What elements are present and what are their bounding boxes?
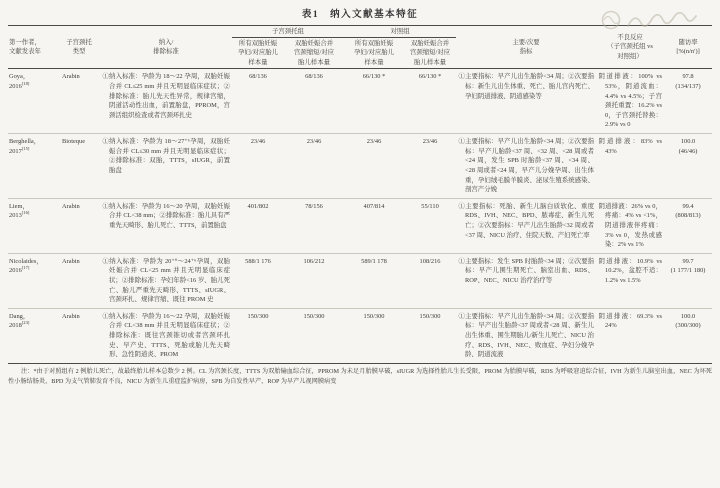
followup-cell: 100.0(300/300): [664, 308, 712, 363]
criteria-cell: ①纳入标准：孕龄为 20⁺⁰～24⁺⁶孕周，双胎妊娠合并 CL<25 mm 并且…: [100, 253, 232, 308]
pessary-all-cell: 68/136: [232, 69, 284, 134]
table-row: Berghella， 2017[15] Bioteque ①纳入标准：孕龄为 1…: [8, 134, 712, 199]
control-short-cell: 66/130 *: [404, 69, 456, 134]
header-control-short: 双胎妊娠合并 宫颈缩短/对应 胎儿样本量: [404, 37, 456, 69]
followup-percent: 100.0: [681, 138, 695, 145]
included-studies-table: 第一作者， 文献发表年 子宫颈托 类型 纳入/ 排除标准 子宫颈托组 对照组 主…: [8, 25, 712, 364]
followup-count: (300/300): [666, 321, 710, 331]
outcomes-cell: ①主要指标：早产儿出生胎龄<34 周；②次要指标：新生儿出生体重、死亡、胎儿宫内…: [456, 69, 596, 134]
control-short-cell: 23/46: [404, 134, 456, 199]
header-pessary-short: 双胎妊娠合并 宫颈缩短/对应 胎儿样本量: [284, 37, 344, 69]
header-author: 第一作者， 文献发表年: [8, 26, 58, 69]
pessary-type-cell: Arabin: [58, 253, 100, 308]
reference-marker: [18]: [22, 81, 30, 86]
header-control-all: 所有双胎妊娠 孕妇/对应胎儿 样本量: [344, 37, 404, 69]
control-all-cell: 589/1 178: [344, 253, 404, 308]
adverse-cell: 阴道排液：100% vs 53%，阴道流血：4.4% vs 4.5%；子宫颈托重…: [596, 69, 664, 134]
followup-count: (46/46): [666, 147, 710, 157]
followup-cell: 99.7(1 177/1 180): [664, 253, 712, 308]
table-title: 表1 纳入文献基本特征: [8, 6, 712, 20]
table-row: Goya， 2016[18] Arabin ①纳入标准：孕龄为 18～22 孕周…: [8, 69, 712, 134]
table-row: Dang， 2018[23] Arabin ①纳入标准：孕龄为 16～22 孕周…: [8, 308, 712, 363]
followup-count: (808/813): [666, 211, 710, 221]
pessary-type-cell: Bioteque: [58, 134, 100, 199]
reference-marker: [16]: [22, 210, 30, 215]
control-all-cell: 407/814: [344, 198, 404, 253]
followup-count: (134/137): [666, 82, 710, 92]
pessary-short-cell: 106/212: [284, 253, 344, 308]
followup-percent: 99.7: [682, 258, 693, 265]
followup-cell: 97.8(134/137): [664, 69, 712, 134]
outcomes-cell: ①主要指标：早产儿出生胎龄<34 周；②次要指标：早产儿胎龄<37 周、<32 …: [456, 134, 596, 199]
header-followup: 随访率 [%(n/n′)]: [664, 26, 712, 69]
control-short-cell: 150/300: [404, 308, 456, 363]
followup-cell: 99.4(808/813): [664, 198, 712, 253]
table-row: Liem， 2013[16] Arabin ①纳入标准：孕龄为 16～20 孕周…: [8, 198, 712, 253]
header-criteria: 纳入/ 排除标准: [100, 26, 232, 69]
author-cell: Dang， 2018[23]: [8, 308, 58, 363]
pessary-type-cell: Arabin: [58, 198, 100, 253]
criteria-cell: ①纳入标准：孕龄为 18～22 孕周，双胎妊娠合并 CL≤25 mm 并且无明显…: [100, 69, 232, 134]
header-pessary-group: 子宫颈托组: [232, 26, 344, 38]
pessary-short-cell: 23/46: [284, 134, 344, 199]
control-all-cell: 23/46: [344, 134, 404, 199]
author-cell: Nicolaides， 2016[17]: [8, 253, 58, 308]
header-adverse: 不良反应 （子宫颈托组 vs 对照组）: [596, 26, 664, 69]
adverse-cell: 阴道排液：69.3% vs 24%: [596, 308, 664, 363]
pessary-short-cell: 150/300: [284, 308, 344, 363]
pessary-short-cell: 78/156: [284, 198, 344, 253]
author-cell: Goya， 2016[18]: [8, 69, 58, 134]
table-row: Nicolaides， 2016[17] Arabin ①纳入标准：孕龄为 20…: [8, 253, 712, 308]
followup-percent: 97.8: [682, 73, 693, 80]
criteria-cell: ①纳入标准：孕龄为 16～20 孕周，双胎妊娠合并 CL<38 mm；②排除标准…: [100, 198, 232, 253]
author-cell: Berghella， 2017[15]: [8, 134, 58, 199]
pessary-short-cell: 68/136: [284, 69, 344, 134]
outcomes-cell: ①主要指标：早产儿出生胎龄<34 周；②次要指标：早产出生胎龄<37 周或者<2…: [456, 308, 596, 363]
header-pessary-all: 所有双胎妊娠 孕妇/对应胎儿 样本量: [232, 37, 284, 69]
adverse-cell: 阴道排液：26% vs 0，疼痛：4% vs <1%，阴道排液伴疼痛：3% vs…: [596, 198, 664, 253]
reference-marker: [15]: [22, 146, 30, 151]
outcomes-cell: ①主要指标：死胎、新生儿脑白质软化、重度 RDS、IVH、NEC、BPD、脓毒症…: [456, 198, 596, 253]
reference-marker: [17]: [22, 265, 30, 270]
control-short-cell: 55/110: [404, 198, 456, 253]
followup-cell: 100.0(46/46): [664, 134, 712, 199]
pessary-type-cell: Arabin: [58, 69, 100, 134]
header-pessary-type: 子宫颈托 类型: [58, 26, 100, 69]
header-control-group: 对照组: [344, 26, 456, 38]
adverse-cell: 阴道排液：10.9% vs 10.2%，盆腔不适：1.2% vs 1.5%: [596, 253, 664, 308]
pessary-all-cell: 150/300: [232, 308, 284, 363]
header-outcomes: 主要/次要 指标: [456, 26, 596, 69]
table-header: 第一作者， 文献发表年 子宫颈托 类型 纳入/ 排除标准 子宫颈托组 对照组 主…: [8, 26, 712, 69]
control-all-cell: 66/130 *: [344, 69, 404, 134]
pessary-all-cell: 23/46: [232, 134, 284, 199]
criteria-cell: ①纳入标准：孕龄为 16～22 孕周，双胎妊娠合并 CL<38 mm 并且无明显…: [100, 308, 232, 363]
followup-count: (1 177/1 180): [666, 266, 710, 276]
pessary-all-cell: 588/1 176: [232, 253, 284, 308]
pessary-all-cell: 401/802: [232, 198, 284, 253]
followup-percent: 99.4: [682, 203, 693, 210]
table-footnote: 注：*由于对照组有 2 例胎儿死亡，故最终胎儿样本总数少 2 例。CL 为宫颈长…: [8, 367, 712, 387]
control-all-cell: 150/300: [344, 308, 404, 363]
control-short-cell: 108/216: [404, 253, 456, 308]
author-cell: Liem， 2013[16]: [8, 198, 58, 253]
paper-page: 表1 纳入文献基本特征 第一作者， 文献发表年 子宫颈托 类型 纳入/ 排除标准…: [0, 0, 720, 387]
followup-percent: 100.0: [681, 313, 695, 320]
outcomes-cell: ①主要指标：发生 SPB 时胎龄<34 周；②次要指标：早产儿围生期死亡、脑室出…: [456, 253, 596, 308]
adverse-cell: 阴道排液：83% vs 43%: [596, 134, 664, 199]
pessary-type-cell: Arabin: [58, 308, 100, 363]
criteria-cell: ①纳入标准：孕龄为 18～27⁺⁶孕周，双胎妊娠合并 CL≤30 mm 并且无明…: [100, 134, 232, 199]
reference-marker: [23]: [22, 320, 30, 325]
